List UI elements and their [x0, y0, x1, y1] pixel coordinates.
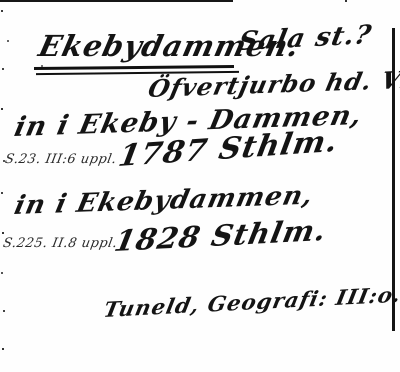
parish-label: Sala st.? [236, 22, 374, 55]
source-citation: Tuneld, Geografi: III:o. II. [102, 282, 400, 320]
scan-artifact-top-edge [0, 0, 233, 2]
scan-noise-speckles [1, 10, 3, 12]
attestation-1-reference: S.23. III:6 uppl. [4, 153, 118, 166]
archival-card: Ekebydammen. Sala st.? Öfvertjurbo hd. V… [0, 0, 400, 372]
attestation-2-year-place: 1828 Sthlm. [112, 216, 329, 256]
attestation-2-reference: S.225. II.8 uppl. [2, 237, 119, 250]
attestation-2-text: in i Ekebydammen, [12, 183, 316, 219]
headword-underline-top [34, 65, 234, 70]
